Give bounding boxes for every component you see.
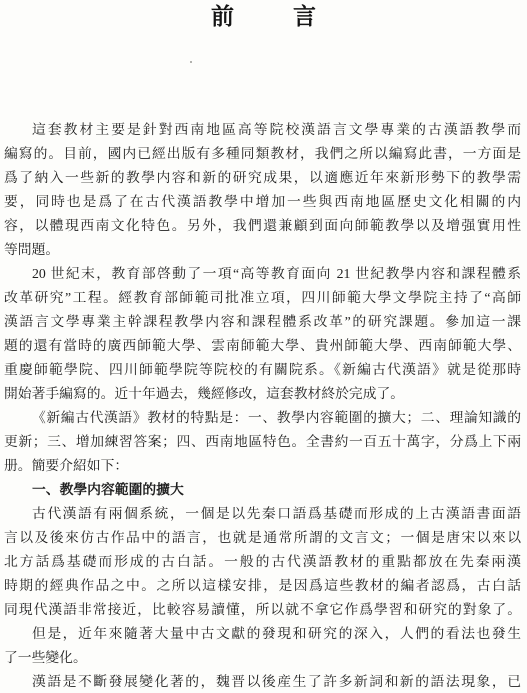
scanned-page: 前 言 這套教材主要是針對西南地區高等院校漢語言文學專業的古漢語教學而編寫的。目… bbox=[0, 0, 527, 693]
text-line: 漢語言文學專業主幹課程教學内容和課程體系改革”的研究課題。參加這一課 bbox=[4, 310, 521, 334]
text-line: 漢語是不斷發展變化著的，魏晋以後産生了許多新詞和新的語法現象，已 bbox=[4, 670, 521, 693]
text-line: 編寫的。目前，國内已經出版有多種同類教材，我們之所以編寫此書，一方面是 bbox=[4, 142, 521, 166]
scan-speck bbox=[190, 61, 192, 63]
text-line: 古代漢語有兩個系統，一個是以先秦口語爲基礎而形成的上古漢語書面語 bbox=[4, 502, 521, 526]
text-line: 爲了納入一些新的教學内容和新的研究成果，以適應近年來新形勢下的教學需 bbox=[4, 166, 521, 190]
text-block: 這套教材主要是針對西南地區高等院校漢語言文學專業的古漢語教學而編寫的。目前，國内… bbox=[4, 118, 521, 693]
text-line: 言以及後來仿古作品中的語言，也就是通常所謂的文言文；一個是唐宋以來以 bbox=[4, 526, 521, 550]
text-line: 等問題。 bbox=[4, 238, 521, 262]
text-line: 20 世紀末，教育部啓動了一項“高等教育面向 21 世紀教學内容和課程體系 bbox=[4, 262, 521, 286]
text-line: 要，同時也是爲了在古代漢語教學中增加一些與西南地區歷史文化相關的内 bbox=[4, 190, 521, 214]
page-title: 前 言 bbox=[0, 3, 527, 31]
page-title-char: 前 bbox=[211, 3, 234, 31]
text-line: 重慶師範學院、四川師範學院等院校的有關院系。《新編古代漢語》就是從那時 bbox=[4, 358, 521, 382]
text-line: 容，以體現西南文化特色。另外，我們還兼顧到面向師範教學以及增强實用性 bbox=[4, 214, 521, 238]
text-line: 但是，近年來隨著大量中古文獻的發現和研究的深入，人們的看法也發生 bbox=[4, 622, 521, 646]
page-title-char: 言 bbox=[293, 3, 316, 31]
section-heading-line: 一、教學内容範圍的擴大 bbox=[4, 478, 521, 502]
text-line: 同現代漢語非常接近，比較容易讀懂，所以就不拿它作爲學習和研究的對象了。 bbox=[4, 598, 521, 622]
text-line: 這套教材主要是針對西南地區高等院校漢語言文學專業的古漢語教學而 bbox=[4, 118, 521, 142]
text-line: 開始著手編寫的。近十年過去，幾經修改，這套教材終於完成了。 bbox=[4, 382, 521, 406]
text-line: 册。簡要介紹如下： bbox=[4, 454, 521, 478]
text-line: 題的還有當時的廣西師範大學、雲南師範大學、貴州師範大學、西南師範大學、 bbox=[4, 334, 521, 358]
text-line: 了一些變化。 bbox=[4, 646, 521, 670]
text-line: 北方話爲基礎而形成的古白話。一般的古代漢語教材的重點都放在先秦兩漢 bbox=[4, 550, 521, 574]
text-line: 時期的經典作品之中。之所以這樣安排，是因爲這些教材的編者認爲，古白話 bbox=[4, 574, 521, 598]
text-line: 更新；三、增加練習答案；四、西南地區特色。全書約一百五十萬字，分爲上下兩 bbox=[4, 430, 521, 454]
text-line: 《新編古代漢語》教材的特點是：一、教學内容範圍的擴大；二、理論知識的 bbox=[4, 406, 521, 430]
text-line: 改革研究”工程。經教育部師範司批准立項，四川師範大學文學院主持了“高師 bbox=[4, 286, 521, 310]
